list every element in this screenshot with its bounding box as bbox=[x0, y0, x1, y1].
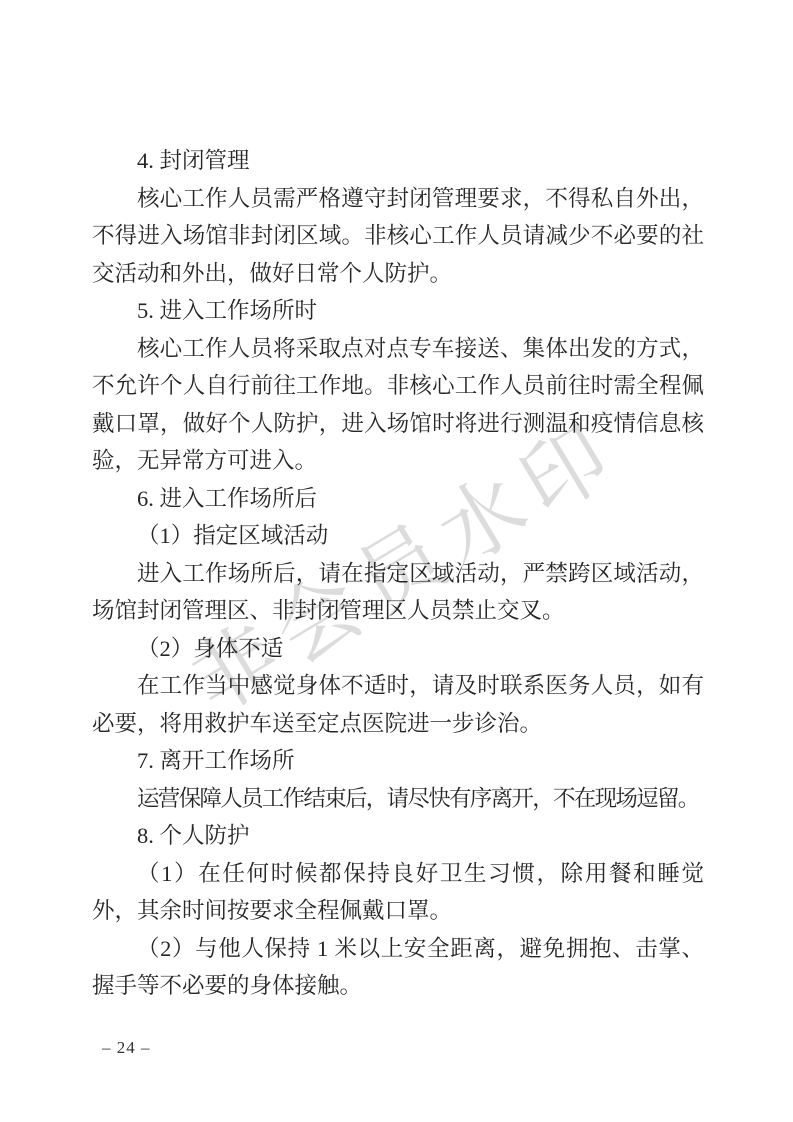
document-page: 非会员水印 4. 封闭管理核心工作人员需严格遵守封闭管理要求，不得私自外出，不得… bbox=[0, 0, 793, 1122]
section-heading: 7. 离开工作场所 bbox=[92, 742, 704, 780]
paragraph: 进入工作场所后，请在指定区域活动，严禁跨区域活动，场馆封闭管理区、非封闭管理区人… bbox=[92, 555, 704, 630]
section-heading: 4. 封闭管理 bbox=[92, 142, 704, 180]
paragraph: 核心工作人员将采取点对点专车接送、集体出发的方式，不允许个人自行前往工作地。非核… bbox=[92, 330, 704, 480]
section-heading: （1）指定区域活动 bbox=[92, 517, 704, 555]
section-heading: 8. 个人防护 bbox=[92, 817, 704, 855]
paragraph: 核心工作人员需严格遵守封闭管理要求，不得私自外出，不得进入场馆非封闭区域。非核心… bbox=[92, 180, 704, 293]
paragraph: 运营保障人员工作结束后，请尽快有序离开，不在现场逗留。 bbox=[92, 780, 704, 818]
paragraph: （2）与他人保持 1 米以上安全距离，避免拥抱、击掌、握手等不必要的身体接触。 bbox=[92, 930, 704, 1005]
section-heading: 6. 进入工作场所后 bbox=[92, 480, 704, 518]
paragraph: （1）在任何时候都保持良好卫生习惯，除用餐和睡觉外，其余时间按要求全程佩戴口罩。 bbox=[92, 855, 704, 930]
paragraph: 在工作当中感觉身体不适时，请及时联系医务人员，如有必要，将用救护车送至定点医院进… bbox=[92, 667, 704, 742]
document-body: 4. 封闭管理核心工作人员需严格遵守封闭管理要求，不得私自外出，不得进入场馆非封… bbox=[92, 142, 704, 1005]
section-heading: 5. 进入工作场所时 bbox=[92, 292, 704, 330]
page-number: – 24 – bbox=[102, 1038, 151, 1058]
section-heading: （2）身体不适 bbox=[92, 630, 704, 668]
